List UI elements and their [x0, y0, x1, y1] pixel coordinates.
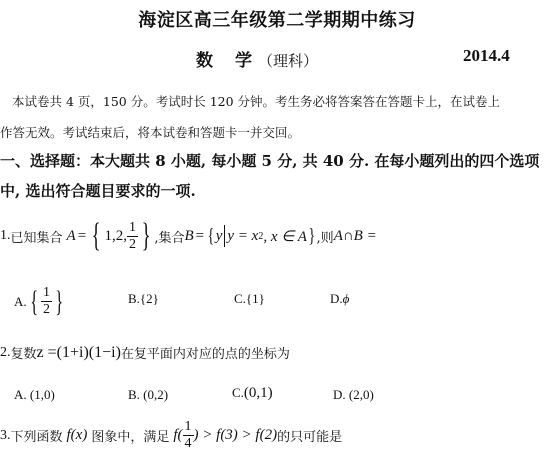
- intro-line-1: 本试卷共 4 页，150 分。考试时长 120 分钟。考生务必将答案答在答题卡上…: [12, 92, 500, 110]
- question-text: 已知集合: [11, 227, 63, 246]
- set-builder-bar: [224, 225, 225, 247]
- question-3: 3. 下列函数 f(x) 图象中，满足 f( 14 ) > f(3) > f(2…: [0, 420, 342, 451]
- inequality: ) > f(3) > f(2): [194, 427, 278, 444]
- fraction: 12: [127, 221, 138, 252]
- question-number: 2.: [0, 345, 11, 361]
- option-a: A. { 12 }: [14, 286, 66, 317]
- right-brace: }: [142, 219, 151, 253]
- option-d: D.ϕ: [330, 291, 349, 307]
- option-d: D. (2,0): [333, 387, 374, 403]
- subject-char-1: 数: [196, 51, 213, 71]
- option-a: A. (1,0): [14, 387, 55, 403]
- question-text: 的只可能是: [277, 426, 342, 445]
- question-text: 复数: [11, 343, 37, 362]
- set-b-symbol: B: [184, 228, 193, 245]
- left-brace: {: [208, 225, 215, 248]
- expression: A∩B =: [334, 228, 377, 245]
- question-text: ,集合: [154, 227, 184, 246]
- question-text: 下列函数: [11, 426, 63, 445]
- subject-type: （理科）: [258, 52, 318, 70]
- question-text: ,则: [317, 227, 334, 246]
- option-c: C.(0,1): [232, 385, 273, 402]
- subject-heading: 数学（理科）: [196, 46, 318, 71]
- section-heading-line-1: 一、选择题：本大题共 8 小题, 每小题 5 分, 共 40 分. 在每小题列出…: [0, 150, 539, 171]
- question-1: 1. 已知集合 A = { 1,2, 12 } ,集合 B = { y y = …: [0, 219, 377, 253]
- question-2: 2. 复数 z =(1+i)(1−i) 在复平面内对应的点的坐标为: [0, 343, 290, 362]
- question-text: 在复平面内对应的点的坐标为: [121, 343, 290, 362]
- question-number: 1.: [0, 228, 11, 244]
- fraction: 14: [183, 420, 194, 451]
- expression: z =(1+i)(1−i): [37, 344, 121, 362]
- option-c: C.{1}: [234, 291, 265, 307]
- set-a-elements: 1,2,: [104, 228, 127, 245]
- exam-date: 2014.4: [463, 46, 510, 66]
- question-number: 3.: [0, 428, 11, 444]
- function-symbol: f(x): [67, 427, 88, 444]
- set-a-symbol: A: [67, 228, 76, 245]
- section-heading-line-2: 中, 选出符合题目要求的一项.: [0, 180, 196, 201]
- question-text: 图象中，满足: [91, 426, 169, 445]
- exam-title: 海淀区高三年级第二学期期中练习: [0, 6, 554, 32]
- option-b: B. (0,2): [128, 387, 168, 403]
- intro-line-2: 作答无效。考试结束后，将本试卷和答题卡一并交回。: [0, 123, 300, 141]
- left-brace: {: [92, 219, 101, 253]
- right-brace: }: [308, 225, 315, 248]
- subject-char-2: 学: [235, 51, 252, 71]
- option-b: B.{2}: [128, 291, 159, 307]
